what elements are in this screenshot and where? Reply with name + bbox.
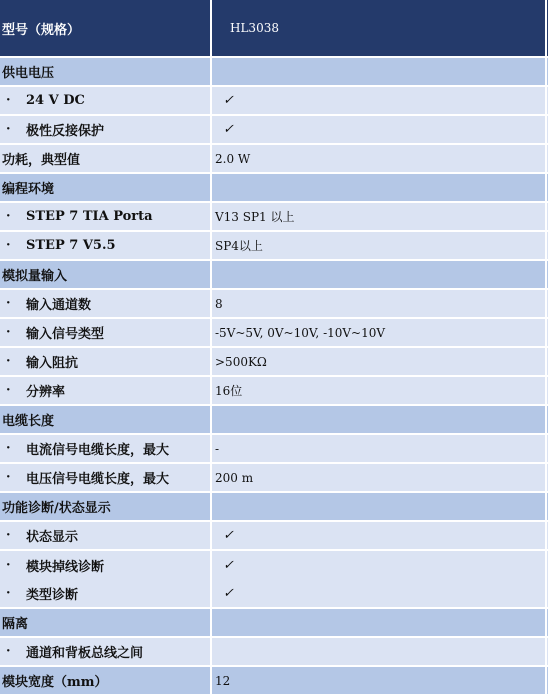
row-value-cell [212, 174, 545, 201]
section-row: 隔离 [0, 609, 548, 636]
table-row: ·状态显示✓ [0, 522, 548, 549]
row-label: 电流信号电缆长度，最大 [26, 439, 169, 458]
row-value-cell: ✓ [212, 87, 545, 114]
check-icon: ✓ [215, 93, 234, 108]
table-row: ·输入阻抗>500KΩ [0, 348, 548, 375]
row-label: STEP 7 TIA Porta [26, 209, 153, 224]
row-value: SP4以上 [215, 237, 263, 254]
row-value-cell: 16位 [212, 377, 545, 404]
row-label: 编程环境 [2, 178, 54, 197]
spec-table: 型号（规格） HL3038 供电电压·24 V DC✓·极性反接保护✓功耗，典型… [0, 0, 548, 694]
row-label: 功能诊断/状态显示 [2, 497, 111, 516]
row-label: 通道和背板总线之间 [26, 642, 143, 661]
row-value: - [215, 442, 219, 456]
bullet-icon: · [6, 354, 26, 369]
row-label-cell: ·STEP 7 TIA Porta [0, 203, 210, 230]
row-label-cell: 功能诊断/状态显示 [0, 493, 210, 520]
table-row: ·类型诊断✓ [0, 580, 548, 607]
row-label: 功耗，典型值 [2, 149, 80, 168]
section-row: 模拟量输入 [0, 261, 548, 288]
bullet-icon: · [6, 558, 26, 573]
row-label-cell: 编程环境 [0, 174, 210, 201]
row-value-cell [212, 406, 545, 433]
check-icon: ✓ [215, 558, 234, 573]
row-label: 电缆长度 [2, 410, 54, 429]
row-label: 输入信号类型 [26, 323, 104, 342]
row-label: 模块掉线诊断 [26, 556, 104, 575]
table-row: ·通道和背板总线之间 [0, 638, 548, 665]
row-label-cell: ·STEP 7 V5.5 [0, 232, 210, 259]
row-label: 分辨率 [26, 381, 65, 400]
row-label-cell: 电缆长度 [0, 406, 210, 433]
row-value-cell: 8 [212, 290, 545, 317]
row-label-cell: 模块宽度（mm） [0, 667, 210, 694]
row-label-cell: ·电压信号电缆长度，最大 [0, 464, 210, 491]
row-value-cell [212, 493, 545, 520]
bullet-icon: · [6, 644, 26, 659]
row-label: 模块宽度（mm） [2, 671, 108, 690]
section-row: 模块宽度（mm）12 [0, 667, 548, 694]
row-value-cell: ✓ [212, 551, 545, 580]
row-label-cell: 功耗，典型值 [0, 145, 210, 172]
row-label-cell: ·分辨率 [0, 377, 210, 404]
row-label-cell: 隔离 [0, 609, 210, 636]
row-label: 输入通道数 [26, 294, 91, 313]
row-value-cell: -5V~5V, 0V~10V, -10V~10V [212, 319, 545, 346]
header-model-value: HL3038 [212, 0, 545, 56]
row-value-cell [212, 261, 545, 288]
row-value-cell: 12 [212, 667, 545, 694]
check-icon: ✓ [215, 528, 234, 543]
bullet-icon: · [6, 122, 26, 137]
row-label-cell: ·24 V DC [0, 87, 210, 114]
row-value-cell: V13 SP1 以上 [212, 203, 545, 230]
row-label-cell: ·输入阻抗 [0, 348, 210, 375]
row-label: 供电电压 [2, 62, 54, 81]
section-row: 供电电压 [0, 58, 548, 85]
row-value-cell: 200 m [212, 464, 545, 491]
row-label: 极性反接保护 [26, 120, 104, 139]
table-row: ·模块掉线诊断✓ [0, 551, 548, 580]
row-label-cell: ·输入信号类型 [0, 319, 210, 346]
row-value: 8 [215, 297, 223, 311]
row-label-cell: ·类型诊断 [0, 580, 210, 607]
row-label-cell: ·通道和背板总线之间 [0, 638, 210, 665]
row-value-cell: ✓ [212, 522, 545, 549]
row-value-cell [212, 638, 545, 665]
header-label: 型号（规格） [0, 0, 210, 56]
bullet-icon: · [6, 296, 26, 311]
row-value: 200 m [215, 471, 253, 485]
table-row: ·STEP 7 V5.5SP4以上 [0, 232, 548, 259]
row-label-cell: ·极性反接保护 [0, 116, 210, 143]
table-row: ·输入信号类型-5V~5V, 0V~10V, -10V~10V [0, 319, 548, 346]
row-label: 隔离 [2, 613, 28, 632]
section-row: 编程环境 [0, 174, 548, 201]
row-value: -5V~5V, 0V~10V, -10V~10V [215, 326, 385, 340]
bullet-icon: · [6, 528, 26, 543]
section-row: 功能诊断/状态显示 [0, 493, 548, 520]
table-row: ·输入通道数8 [0, 290, 548, 317]
row-label: 模拟量输入 [2, 265, 67, 284]
section-row: 电缆长度 [0, 406, 548, 433]
row-value: 12 [215, 674, 230, 688]
row-label-cell: ·输入通道数 [0, 290, 210, 317]
table-body: 供电电压·24 V DC✓·极性反接保护✓功耗，典型值2.0 W编程环境·STE… [0, 58, 548, 694]
table-row: ·24 V DC✓ [0, 87, 548, 114]
row-label-cell: ·电流信号电缆长度，最大 [0, 435, 210, 462]
row-label-cell: ·状态显示 [0, 522, 210, 549]
row-value: 16位 [215, 382, 242, 399]
row-value-cell: 2.0 W [212, 145, 545, 172]
row-label: 状态显示 [26, 526, 78, 545]
row-value-cell: ✓ [212, 116, 545, 143]
row-value: >500KΩ [215, 355, 267, 369]
row-label: 24 V DC [26, 93, 85, 108]
table-row: 功耗，典型值2.0 W [0, 145, 548, 172]
row-value: V13 SP1 以上 [215, 208, 295, 225]
bullet-icon: · [6, 383, 26, 398]
row-value-cell: >500KΩ [212, 348, 545, 375]
row-label: 输入阻抗 [26, 352, 78, 371]
bullet-icon: · [6, 93, 26, 108]
table-row: ·电流信号电缆长度，最大- [0, 435, 548, 462]
check-icon: ✓ [215, 122, 234, 137]
row-label-cell: ·模块掉线诊断 [0, 551, 210, 580]
table-row: ·分辨率16位 [0, 377, 548, 404]
row-label: STEP 7 V5.5 [26, 238, 116, 253]
table-row: ·STEP 7 TIA PortaV13 SP1 以上 [0, 203, 548, 230]
bullet-icon: · [6, 441, 26, 456]
bullet-icon: · [6, 470, 26, 485]
row-label-cell: 供电电压 [0, 58, 210, 85]
table-row: ·极性反接保护✓ [0, 116, 548, 143]
bullet-icon: · [6, 325, 26, 340]
row-value: 2.0 W [215, 152, 250, 166]
row-label: 电压信号电缆长度，最大 [26, 468, 169, 487]
bullet-icon: · [6, 238, 26, 253]
row-value-cell: - [212, 435, 545, 462]
check-icon: ✓ [215, 586, 234, 601]
bullet-icon: · [6, 209, 26, 224]
table-row: ·电压信号电缆长度，最大200 m [0, 464, 548, 491]
row-value-cell: SP4以上 [212, 232, 545, 259]
row-label: 类型诊断 [26, 584, 78, 603]
table-header-row: 型号（规格） HL3038 [0, 0, 548, 56]
row-label-cell: 模拟量输入 [0, 261, 210, 288]
bullet-icon: · [6, 586, 26, 601]
row-value-cell [212, 609, 545, 636]
row-value-cell: ✓ [212, 580, 545, 607]
row-value-cell [212, 58, 545, 85]
